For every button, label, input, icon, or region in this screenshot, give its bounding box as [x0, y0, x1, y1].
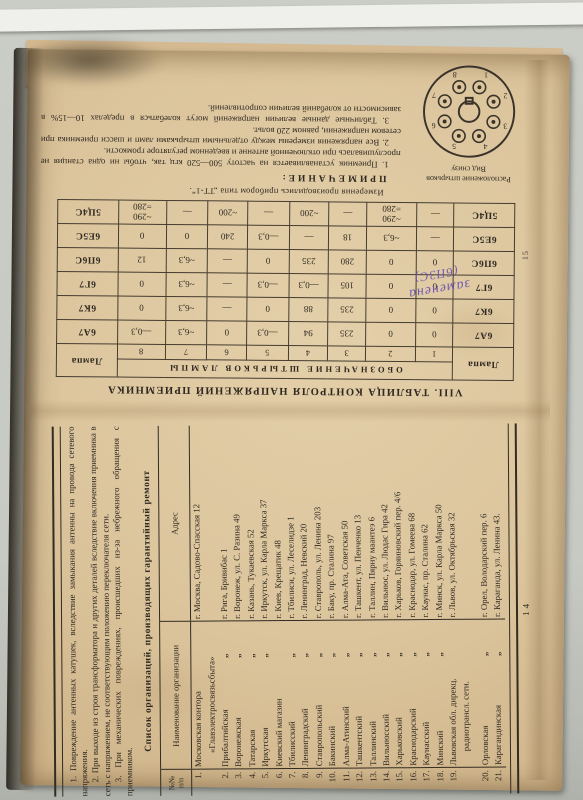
ditto-mark: „	[285, 623, 299, 657]
ditto-mark: „	[325, 623, 339, 657]
pin-label: 4	[483, 142, 487, 151]
ditto-mark: „	[245, 624, 259, 658]
notes-heading: ПРИМЕЧАНИЕ:	[40, 170, 386, 183]
pin-label: 2	[503, 91, 507, 100]
org-name-cell: Прибалтийская „	[218, 621, 232, 769]
ditto-mark: „	[433, 622, 447, 656]
org-name: Таллинский	[366, 657, 380, 766]
org-address: г. Каунас, пр. Сталина 62	[418, 424, 433, 620]
ditto-mark: „	[339, 623, 353, 657]
voltage-cell: 0	[247, 297, 289, 321]
ditto-mark	[191, 624, 205, 658]
note-item: 1. Приемник устанавливается на частоту 5…	[41, 145, 401, 170]
voltage-cell: ~6,3	[165, 320, 207, 344]
org-table-row: 21. Карагандинская „ г. Караганда, ул. Л…	[490, 424, 506, 794]
org-name-cell: Иркутская „	[258, 621, 272, 769]
scanned-booklet-photo: { "page15": { "title": "VIII. ТАБЛИЦА КО…	[0, 0, 583, 800]
org-row-number: 16.	[407, 768, 421, 794]
org-row-number: 17.	[420, 768, 434, 794]
pins-header: ОБОЗНАЧЕНИЕ ШТЫРЬКОВ ЛАМПЫ	[117, 359, 453, 380]
ditto-mark: „	[352, 623, 366, 657]
socket-label-line1: Расположение штырьков	[404, 173, 532, 184]
voltage-cell: —0,3	[117, 320, 165, 344]
voltage-cell: —0,3	[247, 273, 289, 297]
voltage-cell: —	[166, 200, 208, 224]
org-row-number: 18.	[434, 768, 448, 794]
voltage-cell: 0	[118, 224, 166, 248]
voltage-cell: ~6,3	[165, 296, 207, 320]
org-name-line2: радиотрансл. сети.	[459, 622, 473, 751]
pin-number: 3	[328, 346, 366, 361]
pin-number: 6	[207, 345, 247, 360]
voltage-cell: ~290 =280	[118, 200, 166, 224]
voltage-cell: ~290 =280	[366, 202, 416, 226]
org-name: Харьковский	[393, 657, 407, 766]
ditto-mark: „	[258, 624, 272, 658]
measurement-caption: Измерения производились прибором типа „Т…	[40, 185, 532, 199]
org-address: г. Харьков, Горяиновский пер. 4/6	[391, 424, 406, 620]
ditto-mark: „	[232, 624, 246, 658]
org-address: г. Рига, Бривибас 1	[217, 425, 232, 621]
warranty-note-item: 2. При выходе из строя трансформатора и …	[88, 426, 113, 796]
org-name: Каунасский	[419, 657, 433, 766]
org-name-cell: Воронежская „	[232, 621, 246, 769]
org-row-number: 20.	[474, 768, 493, 794]
org-address: г. Ташкент, ул. Пенченко 13	[351, 424, 366, 620]
column-header-number: №№ п/п	[161, 770, 192, 796]
voltage-cell: —	[248, 201, 290, 225]
voltage-cell: 94	[288, 322, 328, 346]
voltage-cell: 280	[329, 250, 367, 274]
org-name: Краснодарский	[406, 657, 420, 766]
org-address: г. Караганда, ул. Ленина 43.	[490, 424, 505, 620]
lamp-name: 6Е5С	[57, 224, 118, 249]
voltage-cell: —	[207, 297, 247, 321]
org-name-cell: Ленинградский „	[299, 621, 313, 769]
org-name: Ставропольский	[312, 657, 326, 766]
org-name-cell: Орловская „	[473, 620, 492, 768]
org-address: г. Алма-Ата, Советская 50	[337, 425, 352, 621]
voltage-cell: —	[416, 227, 454, 251]
voltage-cell: 0	[118, 272, 166, 296]
org-row-number: 13.	[367, 768, 381, 794]
lamp-name: 6К7	[57, 296, 118, 321]
ditto-mark	[446, 622, 460, 656]
lamp-name: 6А7	[453, 323, 514, 348]
org-address: г. Киев, Крещатик 48	[270, 425, 285, 621]
org-row-number: 14.	[380, 768, 394, 794]
double-rule	[507, 423, 519, 793]
org-row-number: 9.	[313, 769, 327, 795]
lamp-name: 6Г7	[57, 272, 118, 297]
lamp-name: 6К7	[453, 299, 514, 324]
underlying-sheet-edge	[0, 2, 583, 31]
org-name-cell: Московская контора «Главэлектросвязьсбыт…	[191, 622, 219, 770]
org-row-number: 1.	[192, 770, 219, 796]
org-row-number: 21.	[492, 768, 506, 794]
voltage-cell: 0	[207, 321, 247, 345]
ditto-mark: „	[419, 623, 433, 657]
org-name-cell: Тбилисский „	[285, 621, 299, 769]
org-name: Воронежская	[232, 658, 246, 767]
org-name-cell: Киевский магазин	[272, 621, 286, 769]
org-name-cell: Бакинский „	[325, 621, 339, 769]
org-name: Бакинский	[326, 657, 340, 766]
org-row-number: 19.	[447, 768, 474, 794]
ditto-mark: „	[478, 622, 492, 656]
voltage-cell: ~6,3	[366, 226, 416, 250]
org-row-number: 11.	[340, 769, 354, 795]
org-address: г. Ставрополь, ул. Ленина 203	[311, 425, 326, 621]
org-name-cell: Вильнюсский „	[379, 620, 393, 768]
voltage-cell: —	[207, 273, 247, 297]
pin-number: 2	[365, 346, 415, 361]
pin-number: 8	[117, 344, 165, 359]
voltage-cell: ~200	[208, 201, 248, 225]
org-row-number: 5.	[259, 769, 273, 795]
org-name-cell: Татарская „	[245, 621, 259, 769]
org-address: г. Баку, пр. Сталина 97	[324, 425, 339, 621]
voltage-cell: —0,3	[247, 225, 289, 249]
org-address: г. Москва, Садово-Спасская 12	[189, 426, 218, 622]
pin-label: 3	[503, 122, 507, 131]
org-name: Иркутская	[259, 658, 273, 767]
voltage-cell: 240	[208, 225, 248, 249]
org-name-cell: Алма-Атинский „	[339, 621, 353, 769]
voltage-cell: 235	[289, 250, 329, 274]
column-header-name: Наименование организации	[160, 622, 192, 770]
org-address: г. Таллин, Пярну маантеэ 6	[364, 424, 379, 620]
org-row-number: 4.	[246, 769, 260, 795]
voltage-cell: ~6,3	[166, 272, 208, 296]
voltage-cell: —	[289, 226, 329, 250]
note-item: 3. Табличные данные величин напряжений м…	[41, 101, 401, 126]
org-row-number: 8.	[300, 769, 314, 795]
org-address: г. Вильнюс, ул. Людас Гира 42	[378, 424, 393, 620]
org-row-number: 6.	[273, 769, 287, 795]
voltage-cell: 12	[118, 248, 166, 272]
voltage-cell: 18	[329, 226, 367, 250]
notes-section: ПРИМЕЧАНИЕ: 1. Приемник устанавливается …	[40, 54, 401, 183]
pin-number: 4	[288, 346, 328, 361]
org-name: Орловская	[478, 656, 492, 765]
org-name-cell: Каунасский „	[419, 620, 433, 768]
org-name-cell: Таллинский „	[366, 620, 380, 768]
voltage-cell: 0	[166, 224, 208, 248]
lamp-name: 5Ц4С	[454, 203, 515, 228]
ditto-mark: „	[392, 623, 406, 657]
org-name: Татарская	[245, 658, 259, 767]
voltage-cell: 0	[117, 296, 165, 320]
org-address: г. Орел, Володарский пер. 6	[471, 424, 491, 620]
voltage-cell: ~200	[289, 202, 329, 226]
voltage-cell: 0	[247, 249, 289, 273]
voltage-cell: —	[208, 249, 248, 273]
pin-number: 1	[415, 347, 453, 362]
org-table-row: 19. Львовская обл. дирекц. радиотрансл. …	[445, 424, 474, 794]
org-name: Ташкентский	[352, 657, 366, 766]
org-table-header-row: №№ п/п Наименование организации Адрес	[158, 426, 192, 796]
org-address: г. Тбилиси, ул. Леселидзе 1	[284, 425, 299, 621]
voltage-table-row: 6К7 0 0 235 88 0 — ~6,3 0 6К7	[57, 296, 514, 324]
voltage-cell: 0	[416, 299, 454, 323]
repair-organizations-heading: Список организаций, производящих гаранти…	[142, 426, 155, 796]
org-name: Киевский магазин	[272, 658, 286, 767]
org-address: г. Казань, Тукаевская 52	[244, 425, 259, 621]
voltage-cell: 0	[416, 323, 454, 347]
lamp-name: 6Е5С	[454, 227, 515, 252]
org-address: г. Иркутск, ул. Карла Маркса 37	[257, 425, 272, 621]
org-name-cell: Ставропольский „	[312, 621, 326, 769]
page-15-number: 15	[521, 250, 530, 260]
pin-number: 7	[165, 344, 207, 359]
lamp-name: 5Ц4С	[58, 200, 119, 225]
column-header-address: Адрес	[158, 426, 190, 622]
ditto-mark	[272, 624, 286, 658]
pin-label: 1	[484, 71, 488, 80]
ditto-mark: „	[218, 624, 232, 658]
warranty-note-item: 1. Повреждение антенных катушек, вследст…	[66, 426, 91, 796]
page-15: VIII. ТАБЛИЦА КОНТРОЛЯ НАПРЯЖЕНИЙ ПРИЕМН…	[39, 76, 534, 398]
org-row-number: 3.	[233, 769, 247, 795]
ditto-mark: „	[366, 623, 380, 657]
voltage-cell: 88	[288, 298, 328, 322]
org-name: Ленинградский	[299, 657, 313, 766]
ditto-mark: „	[299, 623, 313, 657]
voltage-cell: —0,3	[289, 274, 329, 298]
org-table-row: 1. Московская контора «Главэлектросвязьс…	[189, 426, 219, 796]
org-name: Минский	[433, 656, 447, 765]
voltage-cell: 0	[365, 322, 415, 346]
lamp-name: 6П6С	[57, 248, 118, 273]
org-row-number: 10.	[326, 769, 340, 795]
ditto-mark: „	[491, 622, 505, 656]
page-14-number: 14	[519, 423, 532, 793]
org-name: Тбилисский	[285, 657, 299, 766]
lamp-name: 6А7	[57, 320, 118, 345]
org-name: Львовская обл. дирекц.	[446, 656, 460, 765]
ditto-mark: „	[406, 623, 420, 657]
org-name: Прибалтийская	[218, 658, 232, 767]
paper-crease	[30, 400, 550, 422]
lamp-column-header: Лампа	[56, 344, 117, 378]
voltage-cell: ~6,3	[166, 248, 208, 272]
note-item: 2. Все напряжения измерены между отдельн…	[41, 123, 401, 148]
org-row-number: 12.	[353, 768, 367, 794]
org-name-cell: Минский „	[433, 620, 447, 768]
socket-label-line2: Вид снизу	[405, 163, 533, 174]
org-name-cell: Краснодарский „	[406, 620, 420, 768]
org-address: г. Львов, ул. Октябрьская 32	[445, 424, 473, 620]
repair-organizations-table: №№ п/п Наименование организации Адрес 1.…	[158, 424, 506, 796]
pin-label: 8	[453, 70, 457, 79]
voltage-table-row: 6А7 0 0 235 94 —0,3 0 ~6,3 —0,3 6А7	[57, 320, 514, 348]
org-name: Вильнюсский	[379, 657, 393, 766]
org-address: г. Минск, ул. Карла Маркса 50	[431, 424, 446, 620]
voltage-table-row: 5Ц4С — ~290 =280 — ~200 — ~200 — ~290 =2…	[58, 200, 515, 228]
ditto-mark: „	[312, 623, 326, 657]
org-name: Алма-Атинский	[339, 657, 353, 766]
octal-socket-icon: 1 2 3 4 5 6 7 8	[420, 62, 519, 161]
voltage-table-row: 6Е5С — ~6,3 18 — —0,3 240 0 0 6Е5С	[57, 224, 514, 252]
page-14: 1. Повреждение антенных катушек, вследст…	[52, 423, 533, 796]
org-name: Карагандинская	[491, 656, 505, 765]
org-address: г. Ленинград, Невский 20	[297, 425, 312, 621]
org-name: Московская контора	[192, 658, 206, 767]
org-name-cell: Карагандинская „	[491, 620, 505, 768]
org-name-line2: «Главэлектросвязьсбыта»	[205, 624, 219, 753]
org-address: г. Краснодар, ул. Гомеева 68	[404, 424, 419, 620]
warranty-note-item: 3. При механических повреждениях, происш…	[111, 426, 136, 796]
ditto-mark: „	[379, 623, 393, 657]
lamp-column-header: Лампа	[453, 347, 514, 381]
pin-label: 6	[432, 121, 436, 130]
tube-socket-diagram: Расположение штырьков Вид снизу	[404, 57, 533, 184]
org-name-cell: Ташкентский „	[352, 620, 366, 768]
org-row-number: 2.	[219, 769, 233, 795]
voltage-cell: —	[329, 202, 367, 226]
double-rule	[52, 427, 64, 797]
pin-label: 7	[432, 91, 436, 100]
pin-number: 5	[246, 345, 288, 360]
pin-label: 5	[452, 142, 456, 151]
org-name-cell: Харьковский „	[392, 620, 406, 768]
org-address: г. Воронеж, ул. С. Разина 49	[230, 425, 245, 621]
voltage-cell: —0,3	[247, 321, 289, 345]
org-row-number: 7.	[286, 769, 300, 795]
org-name-cell: Львовская обл. дирекц. радиотрансл. сети…	[446, 620, 474, 768]
org-row-number: 15.	[393, 768, 407, 794]
voltage-cell: —	[417, 203, 455, 227]
voltage-cell: 235	[328, 322, 366, 346]
